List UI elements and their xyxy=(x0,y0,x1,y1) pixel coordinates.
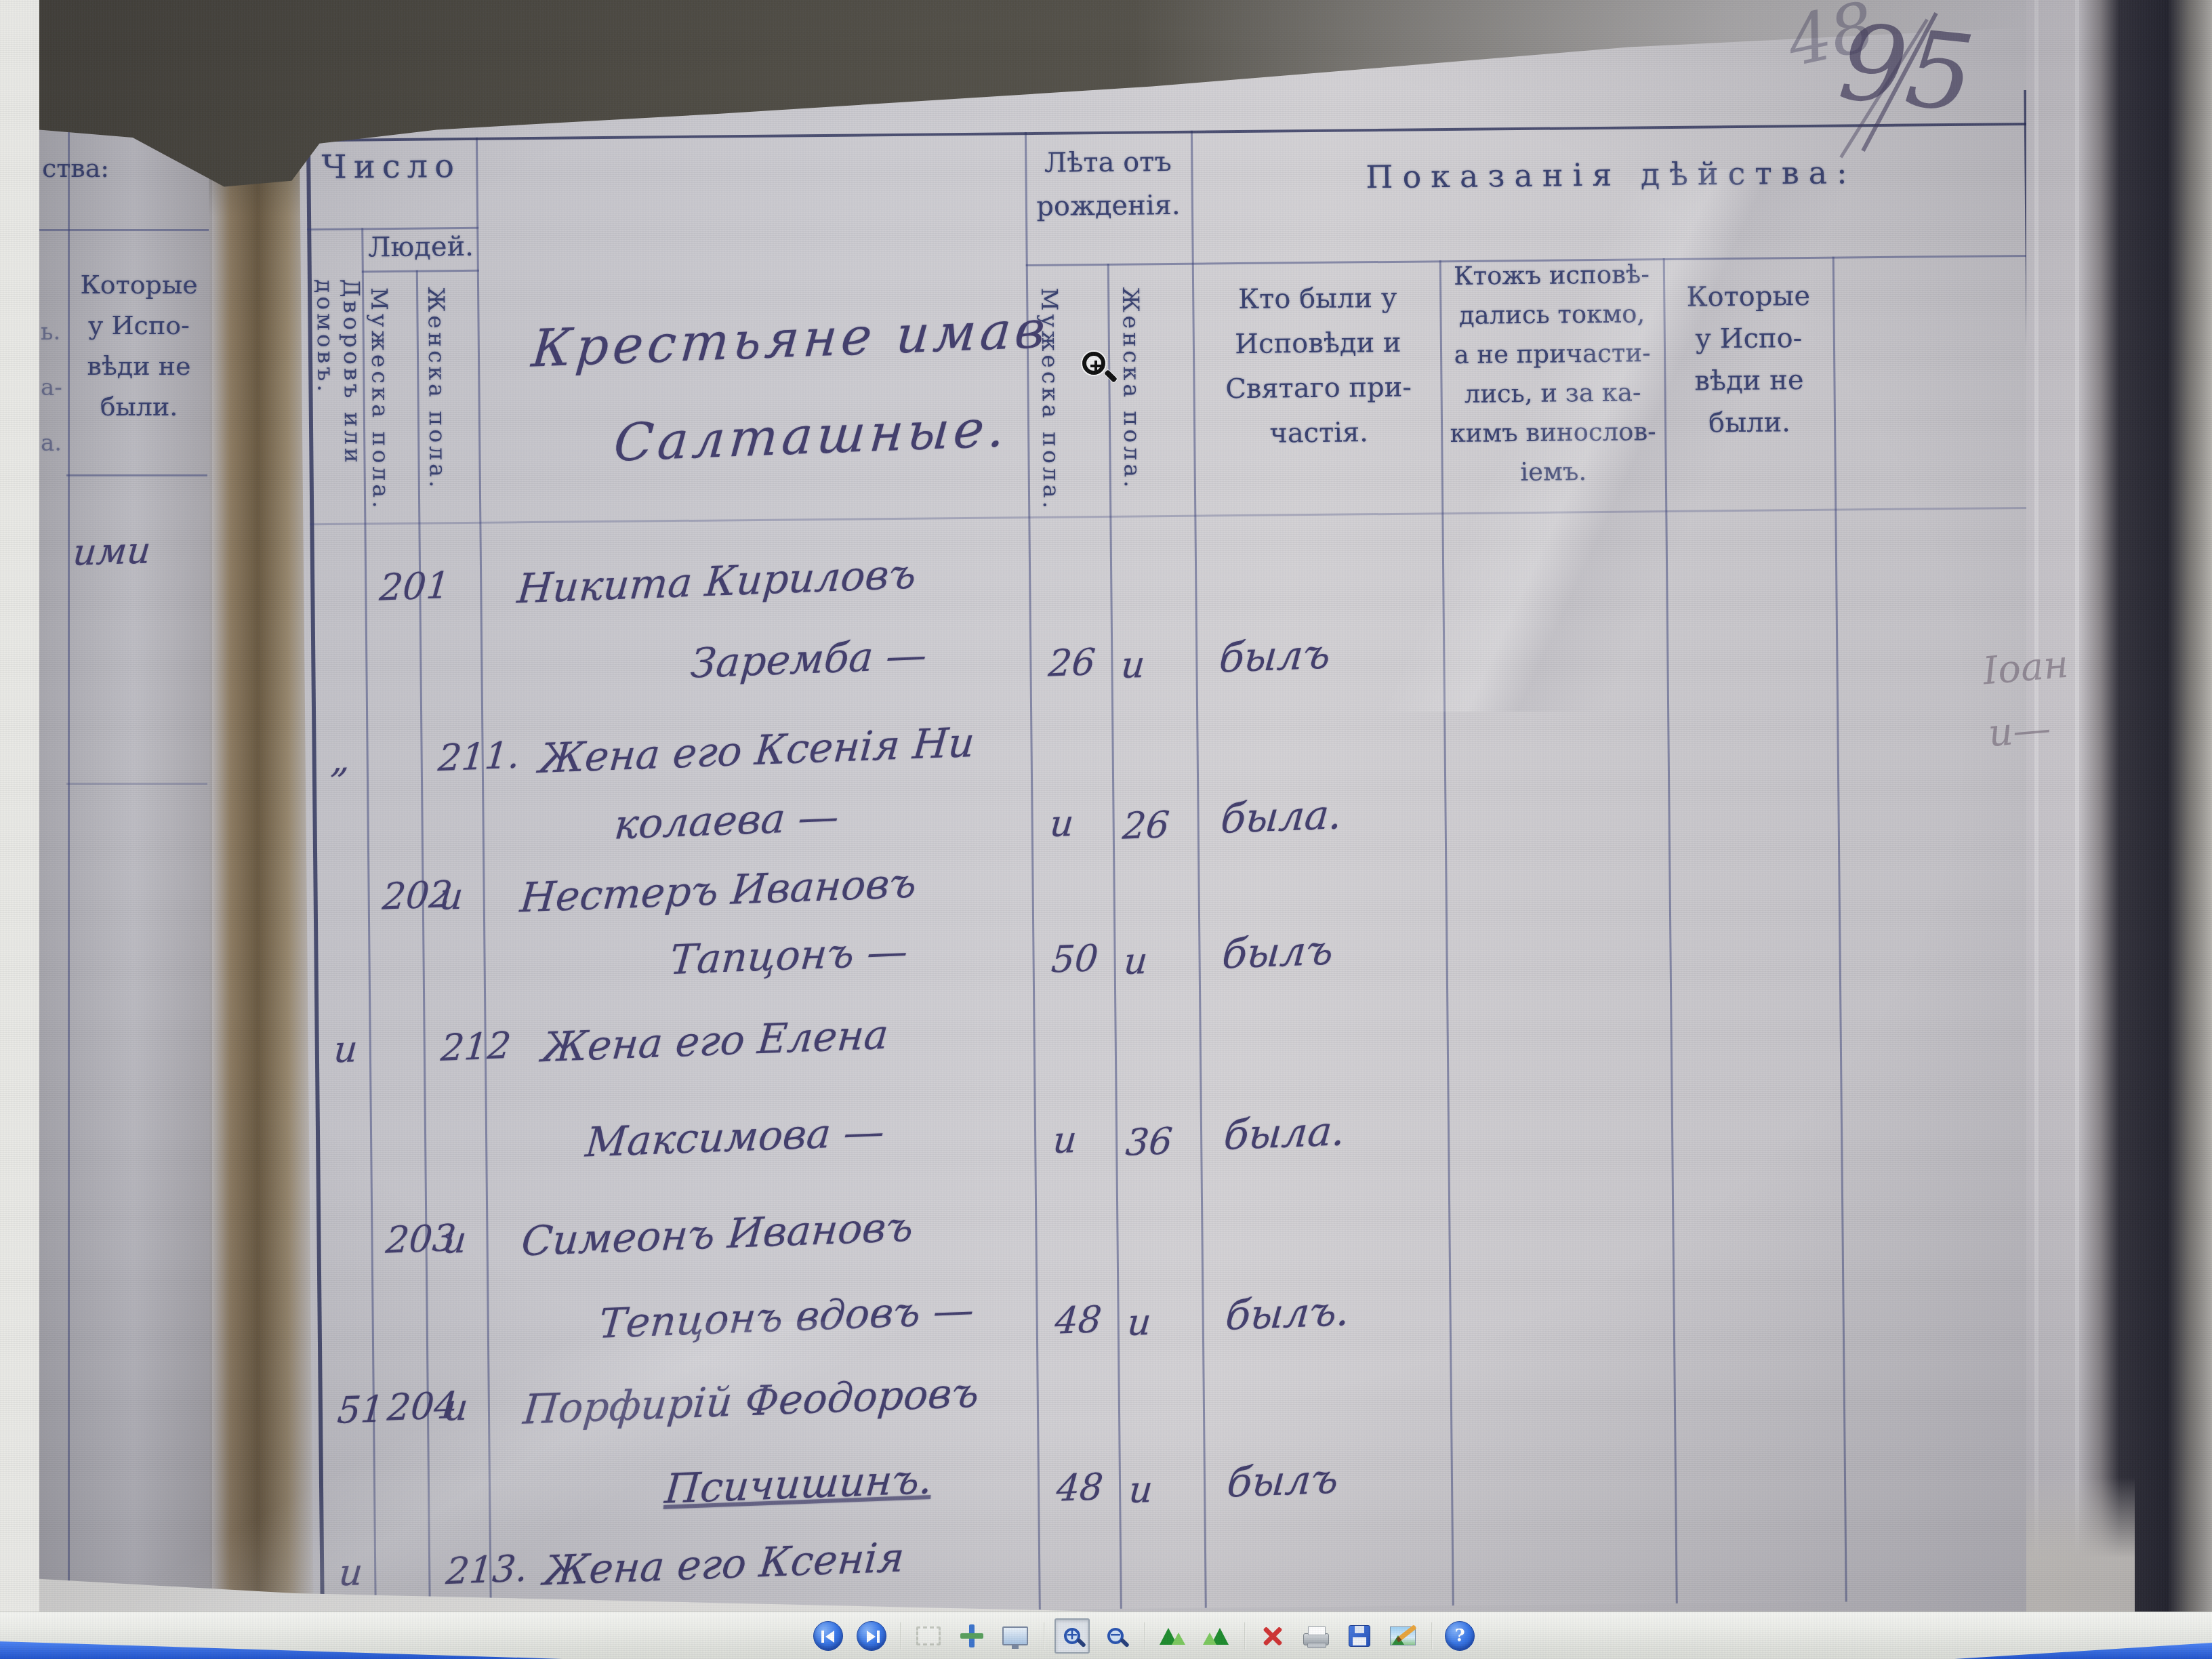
toolbar-separator xyxy=(1044,1622,1045,1650)
toolbar-separator xyxy=(1144,1622,1145,1650)
rotate-clockwise-icon xyxy=(1202,1626,1230,1646)
delete-button[interactable] xyxy=(1255,1618,1290,1654)
slideshow-icon xyxy=(1002,1626,1028,1645)
taskbar-fragment-left[interactable] xyxy=(0,1641,562,1659)
print-button[interactable] xyxy=(1298,1618,1334,1654)
zoom-in-cursor xyxy=(1082,352,1126,395)
start-slideshow-button[interactable] xyxy=(998,1618,1033,1654)
save-icon xyxy=(1349,1625,1370,1647)
next-image-icon xyxy=(857,1621,886,1651)
actual-size-button[interactable] xyxy=(954,1618,989,1654)
toolbar-buttons xyxy=(811,1618,1486,1654)
rotate-clockwise-button[interactable] xyxy=(1198,1618,1233,1654)
best-fit-icon xyxy=(916,1626,941,1645)
photo-vignette xyxy=(0,0,2212,1612)
edit-image-button[interactable] xyxy=(1385,1618,1420,1654)
print-icon xyxy=(1303,1633,1329,1645)
toolbar-separator xyxy=(1431,1622,1433,1650)
actual-size-icon xyxy=(960,1624,984,1648)
best-fit-button[interactable] xyxy=(911,1618,946,1654)
zoom-out-button[interactable] xyxy=(1098,1618,1133,1654)
next-image-button[interactable] xyxy=(854,1618,889,1654)
zoom-in-icon xyxy=(1064,1628,1080,1644)
edit-image-icon xyxy=(1390,1626,1416,1645)
delete-icon xyxy=(1261,1624,1284,1647)
previous-image-icon xyxy=(813,1621,843,1651)
taskbar-fragment-right[interactable] xyxy=(1954,1643,2212,1659)
viewer-background-strip xyxy=(0,0,39,1612)
previous-image-button[interactable] xyxy=(811,1618,846,1654)
viewer-toolbar xyxy=(0,1612,2212,1659)
rotate-counterclockwise-icon xyxy=(1158,1626,1187,1646)
toolbar-separator xyxy=(1244,1622,1246,1650)
zoom-out-icon xyxy=(1107,1628,1124,1644)
help-icon xyxy=(1445,1621,1475,1651)
toolbar-separator xyxy=(900,1622,901,1650)
zoom-in-button[interactable] xyxy=(1054,1618,1090,1654)
magnifier-icon xyxy=(1082,352,1105,375)
rotate-counterclockwise-button[interactable] xyxy=(1155,1618,1190,1654)
magnifier-handle xyxy=(1104,369,1118,383)
photo-of-register-page[interactable]: ства: Которые у Испо- вѣди не были. ь. а… xyxy=(0,0,2212,1612)
help-button[interactable] xyxy=(1442,1618,1477,1654)
screen: ства: Которые у Испо- вѣди не были. ь. а… xyxy=(0,0,2212,1659)
copy-to-button[interactable] xyxy=(1342,1618,1377,1654)
